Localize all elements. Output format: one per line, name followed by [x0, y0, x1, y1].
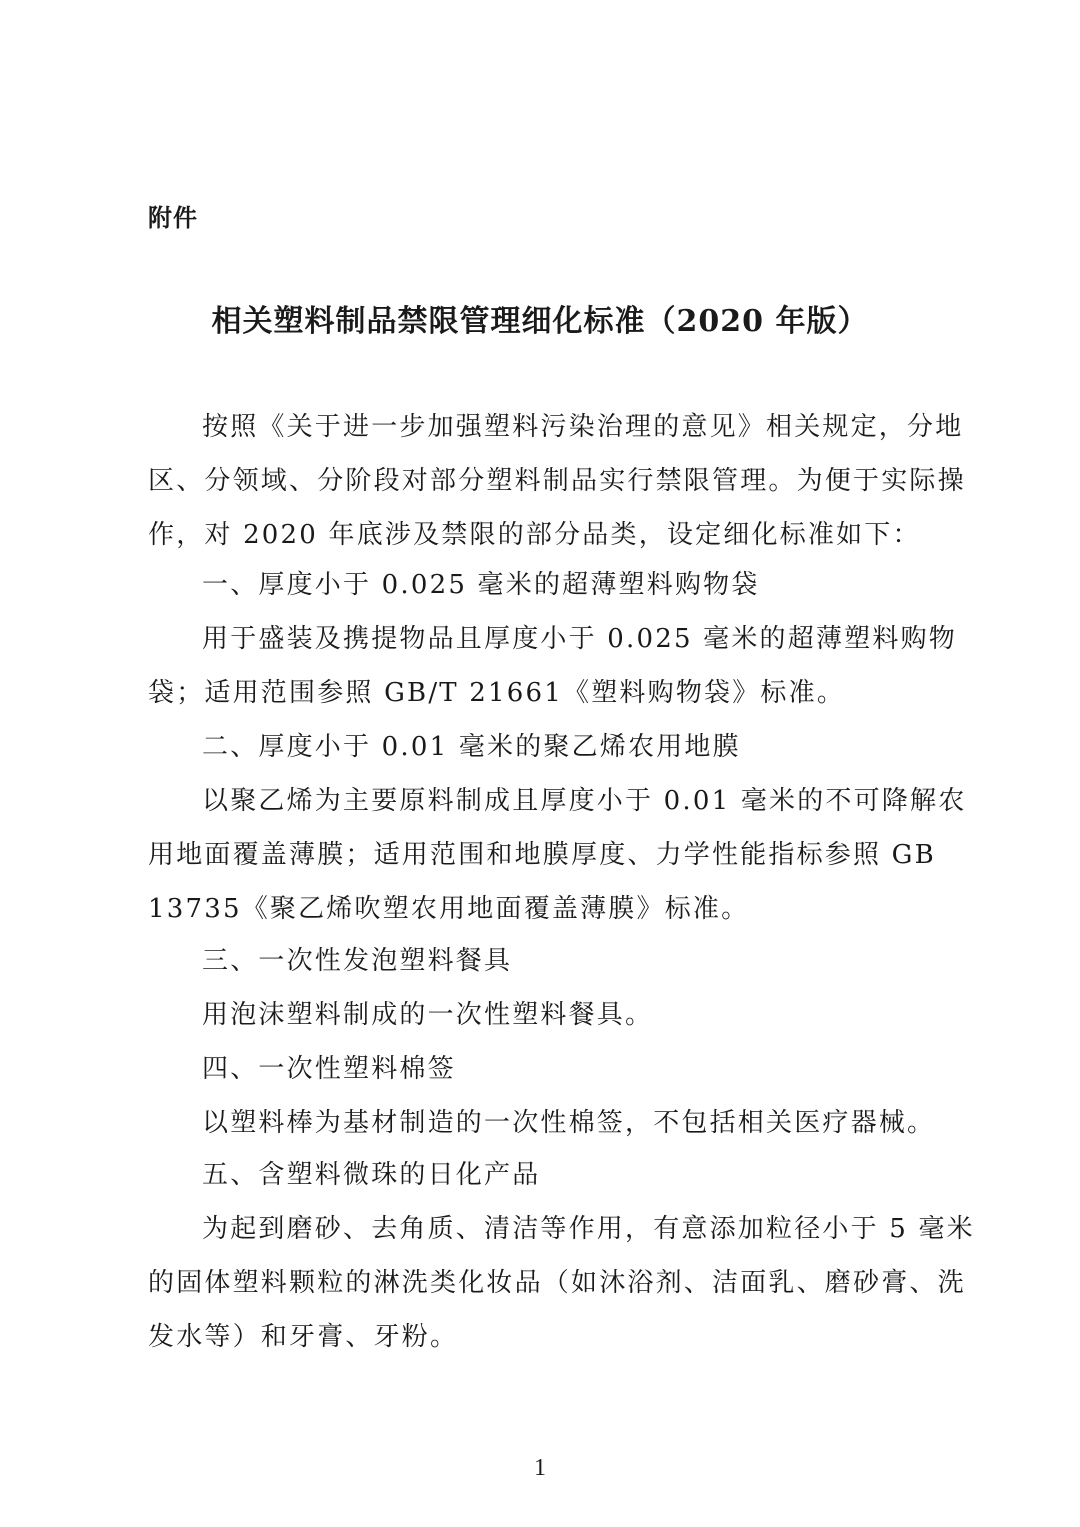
document-title: 相关塑料制品禁限管理细化标准（2020 年版）	[0, 296, 1080, 340]
section-4-heading: 四、一次性塑料棉签	[202, 1053, 932, 1085]
section-4-body-line-1: 以塑料棒为基材制造的一次性棉签，不包括相关医疗器械。	[202, 1107, 932, 1139]
attachment-label: 附件	[148, 198, 198, 233]
section-1-heading: 一、厚度小于 0.025 毫米的超薄塑料购物袋	[202, 569, 932, 601]
section-5-body-line-3: 发水等）和牙膏、牙粉。	[148, 1321, 932, 1353]
page-number: 1	[0, 1455, 1080, 1482]
section-2-body-line-3: 13735《聚乙烯吹塑农用地面覆盖薄膜》标准。	[148, 893, 932, 925]
section-2-body-line-2: 用地面覆盖薄膜；适用范围和地膜厚度、力学性能指标参照 GB	[148, 839, 932, 871]
document-page: 附件 相关塑料制品禁限管理细化标准（2020 年版） 按照《关于进一步加强塑料污…	[0, 0, 1080, 1527]
section-3-heading: 三、一次性发泡塑料餐具	[202, 945, 932, 977]
section-2-heading: 二、厚度小于 0.01 毫米的聚乙烯农用地膜	[202, 731, 932, 763]
section-2-body-line-1: 以聚乙烯为主要原料制成且厚度小于 0.01 毫米的不可降解农	[202, 785, 932, 817]
section-1-body-line-1: 用于盛装及携提物品且厚度小于 0.025 毫米的超薄塑料购物	[202, 623, 932, 655]
intro-line-2: 区、分领域、分阶段对部分塑料制品实行禁限管理。为便于实际操	[148, 465, 932, 497]
intro-line-3: 作，对 2020 年底涉及禁限的部分品类，设定细化标准如下：	[148, 519, 932, 551]
section-3-body-line-1: 用泡沫塑料制成的一次性塑料餐具。	[202, 999, 932, 1031]
section-5-body-line-2: 的固体塑料颗粒的淋洗类化妆品（如沐浴剂、洁面乳、磨砂膏、洗	[148, 1267, 932, 1299]
intro-line-1: 按照《关于进一步加强塑料污染治理的意见》相关规定，分地	[202, 411, 932, 443]
section-5-body-line-1: 为起到磨砂、去角质、清洁等作用，有意添加粒径小于 5 毫米	[202, 1213, 932, 1245]
section-5-heading: 五、含塑料微珠的日化产品	[202, 1159, 932, 1191]
section-1-body-line-2: 袋；适用范围参照 GB/T 21661《塑料购物袋》标准。	[148, 677, 932, 709]
